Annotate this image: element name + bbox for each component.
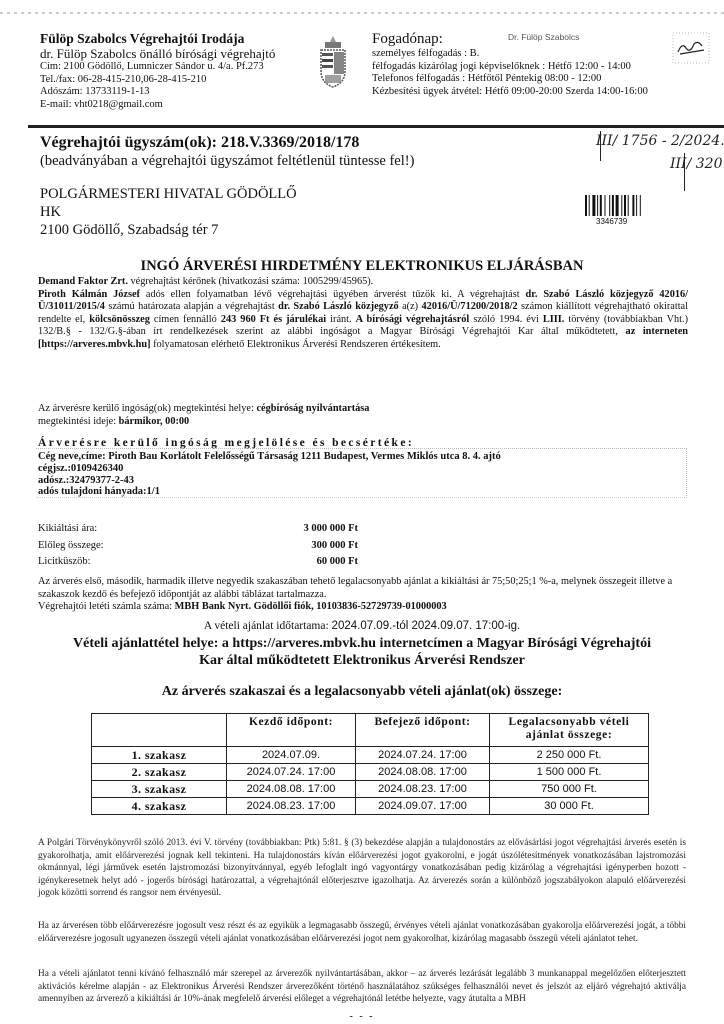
column-header	[92, 714, 227, 747]
stamp-name: Dr. Fülöp Szabolcs	[508, 32, 579, 42]
office-tax-number: Adószám: 13733119-1-13	[40, 86, 310, 99]
table-cell: 2024.09.07. 17:00	[356, 798, 490, 815]
price-value: 60 000 Ft	[317, 556, 358, 567]
table-cell: 750 000 Ft.	[490, 781, 649, 798]
intro-text: a(z)	[399, 301, 422, 312]
intro-text: végrehajtást kérőnek (hivatkozási száma:…	[128, 276, 373, 287]
stages-table-title: Az árverés szakaszai és a legalacsonyabb…	[0, 684, 724, 700]
table-row: 3. szakasz2024.08.08. 17:002024.08.23. 1…	[92, 781, 649, 798]
claim-amount: 243 960 Ft és járulékai	[221, 314, 326, 325]
column-header: Kezdő időpont:	[227, 714, 356, 747]
intro-text: számú határozata alapján a végrehajtást	[105, 301, 278, 312]
price-row-starting: Kikiáltási ára:3 000 000 Ft	[38, 523, 358, 540]
price-label: Előleg összege:	[38, 540, 104, 551]
table-cell: 2024.08.08. 17:00	[227, 781, 356, 798]
offer-place: Vételi ajánlattétel helye: a https://arv…	[60, 635, 664, 669]
item-line: Cég neve,címe: Piroth Bau Korlátolt Fele…	[38, 451, 501, 463]
coat-of-arms-icon	[317, 33, 349, 88]
barcode-number: 3346739	[596, 217, 627, 226]
office-name: Fülöp Szabolcs Végrehajtói Irodája	[40, 31, 310, 46]
table-header-row: Kezdő időpont: Befejező időpont: Legalac…	[92, 714, 649, 747]
price-value: 300 000 Ft	[311, 540, 358, 551]
scan-artifact	[0, 12, 724, 14]
legal-paragraph-multiple: Ha az árverésen több előárverezésre jogo…	[38, 920, 686, 945]
header-divider	[28, 125, 724, 128]
table-cell: 2024.08.23. 17:00	[356, 781, 490, 798]
item-details: Cég neve,címe: Piroth Bau Korlátolt Fele…	[38, 451, 501, 498]
intro-text: iránt.	[326, 314, 355, 325]
page-continuation: - - -	[0, 1011, 724, 1022]
intro-text: címen fennálló	[150, 314, 221, 325]
stage-name-cell: 2. szakasz	[92, 764, 227, 781]
reception-line: Telefonos félfogadás : Hétfőtől Péntekig…	[372, 73, 702, 86]
table-cell: 30 000 Ft.	[490, 798, 649, 815]
account-value: MBH Bank Nyrt. Gödöllői fiók, 10103836-5…	[175, 601, 447, 612]
price-list: Kikiáltási ára:3 000 000 Ft Előleg össze…	[38, 523, 358, 573]
office-header: Fülöp Szabolcs Végrehajtói Irodája dr. F…	[40, 31, 310, 111]
legal-paragraph-preemption: A Polgári Törvénykönyvről szóló 2013. év…	[38, 837, 686, 900]
duration-value: 2024.07.09.-tól 2024.09.07. 17:00-ig.	[332, 620, 521, 632]
reception-line: személyes félfogadás : B.	[372, 48, 702, 61]
table-row: 4. szakasz2024.08.23. 17:002024.09.07. 1…	[92, 798, 649, 815]
case-number: Végrehajtói ügyszám(ok): 218.V.3369/2018…	[40, 134, 359, 152]
table-cell: 2024.08.08. 17:00	[356, 764, 490, 781]
office-address: Cím: 2100 Gödöllő, Lumniczer Sándor u. 4…	[40, 61, 310, 74]
law-number: LIII.	[543, 314, 564, 325]
table-cell: 2024.07.09.	[227, 747, 356, 764]
office-phone: Tel./fax: 06-28-415-210,06-28-415-210	[40, 74, 310, 87]
column-header: Befejező időpont:	[356, 714, 490, 747]
table-cell: 2 250 000 Ft.	[490, 747, 649, 764]
price-row-deposit: Előleg összege:300 000 Ft	[38, 540, 358, 557]
legal-paragraph-activation: Ha a vételi ajánlatot tenni kívánó felha…	[38, 968, 686, 1006]
stage-name-cell: 4. szakasz	[92, 798, 227, 815]
item-line: adósz.:32479377-2-43	[38, 475, 501, 487]
viewing-place-value: cégbíróság nyilvántartása	[256, 403, 369, 414]
table-cell: 2024.07.24. 17:00	[227, 764, 356, 781]
stage-note: Az árverés első, második, harmadik illet…	[38, 576, 688, 614]
intro-paragraph: Demand Faktor Zrt. végrehajtást kérőnek …	[38, 276, 688, 352]
stage-name-cell: 1. szakasz	[92, 747, 227, 764]
stage-name-cell: 3. szakasz	[92, 781, 227, 798]
office-holder: dr. Fülöp Szabolcs önálló bírósági végre…	[40, 46, 310, 61]
office-email[interactable]: E-mail: vht0218@gmail.com	[40, 99, 310, 112]
claim-type: kölcsönösszeg	[89, 314, 150, 325]
table-cell: 2024.08.23. 17:00	[227, 798, 356, 815]
addressee-name: POLGÁRMESTERI HIVATAL GÖDÖLLŐ	[40, 185, 297, 203]
item-line: cégjsz.:0109426340	[38, 463, 501, 475]
addressee-address: 2100 Gödöllő, Szabadság tér 7	[40, 221, 297, 239]
item-line: adós tulajdoni hányada:1/1	[38, 486, 501, 498]
document-title: INGÓ ÁRVERÉSI HIRDETMÉNY ELEKTRONIKUS EL…	[0, 258, 724, 275]
signature-icon	[672, 32, 710, 64]
intro-text: adós ellen folyamatban lévő végrehajtási…	[140, 289, 526, 300]
intro-text: folyamatosan elérhető Elektronikus Árver…	[151, 339, 441, 350]
price-label: Kikiáltási ára:	[38, 523, 97, 534]
price-label: Licitküszöb:	[38, 556, 91, 567]
table-row: 2. szakasz2024.07.24. 17:002024.08.08. 1…	[92, 764, 649, 781]
handwritten-line-2: III/ 320.	[670, 156, 724, 172]
case-number-note: (beadványában a végrehajtói ügyszámot fe…	[40, 153, 414, 170]
table-cell: 1 500 000 Ft.	[490, 764, 649, 781]
stages-table: Kezdő időpont: Befejező időpont: Legalac…	[91, 713, 649, 815]
offer-duration: A vételi ajánlat időtartama: 2024.07.09.…	[0, 620, 724, 632]
handwritten-line-1: III/ 1756 - 2/2024.	[596, 133, 724, 149]
viewing-time-value: bármikor, 00:00	[119, 416, 190, 427]
viewing-time-label: megtekintési ideje:	[38, 416, 119, 427]
column-header: Legalacsonyabb vételi ajánlat összege:	[490, 714, 649, 747]
notary-ref-2: 42016/Ü/71200/2018/2	[422, 301, 518, 312]
viewing-place-label: Az árverésre kerülő ingóság(ok) megtekin…	[38, 403, 256, 414]
stage-note-text: Az árverés első, második, harmadik illet…	[38, 576, 672, 600]
account-label: Végrehajtói letéti számla száma:	[38, 601, 175, 612]
notary-name: dr. Szabó László közjegyző	[278, 301, 399, 312]
duration-label: A vételi ajánlat időtartama:	[204, 620, 332, 632]
law-ref: A bírósági végrehajtásról	[356, 314, 470, 325]
price-value: 3 000 000 Ft	[303, 523, 358, 534]
debtor-name: Piroth Kálmán József	[38, 289, 140, 300]
creditor-name: Demand Faktor Zrt.	[38, 276, 128, 287]
handwritten-registry-note: III/ 1756 - 2/2024. III/ 320.	[588, 131, 718, 191]
price-row-increment: Licitküszöb:60 000 Ft	[38, 556, 358, 573]
addressee: POLGÁRMESTERI HIVATAL GÖDÖLLŐ HK 2100 Gö…	[40, 185, 297, 239]
addressee-dept: HK	[40, 203, 297, 221]
reception-line: Kézbesítési ügyek átvétel: Hétfő 09:00-2…	[372, 86, 702, 99]
viewing-info: Az árverésre kerülő ingóság(ok) megtekin…	[38, 402, 369, 428]
table-row: 1. szakasz2024.07.09.2024.07.24. 17:002 …	[92, 747, 649, 764]
intro-text: szóló 1994. évi	[469, 314, 543, 325]
table-cell: 2024.07.24. 17:00	[356, 747, 490, 764]
barcode-icon	[585, 195, 653, 216]
reception-line: félfogadás kizárólag jogi képviselőknek …	[372, 61, 702, 74]
